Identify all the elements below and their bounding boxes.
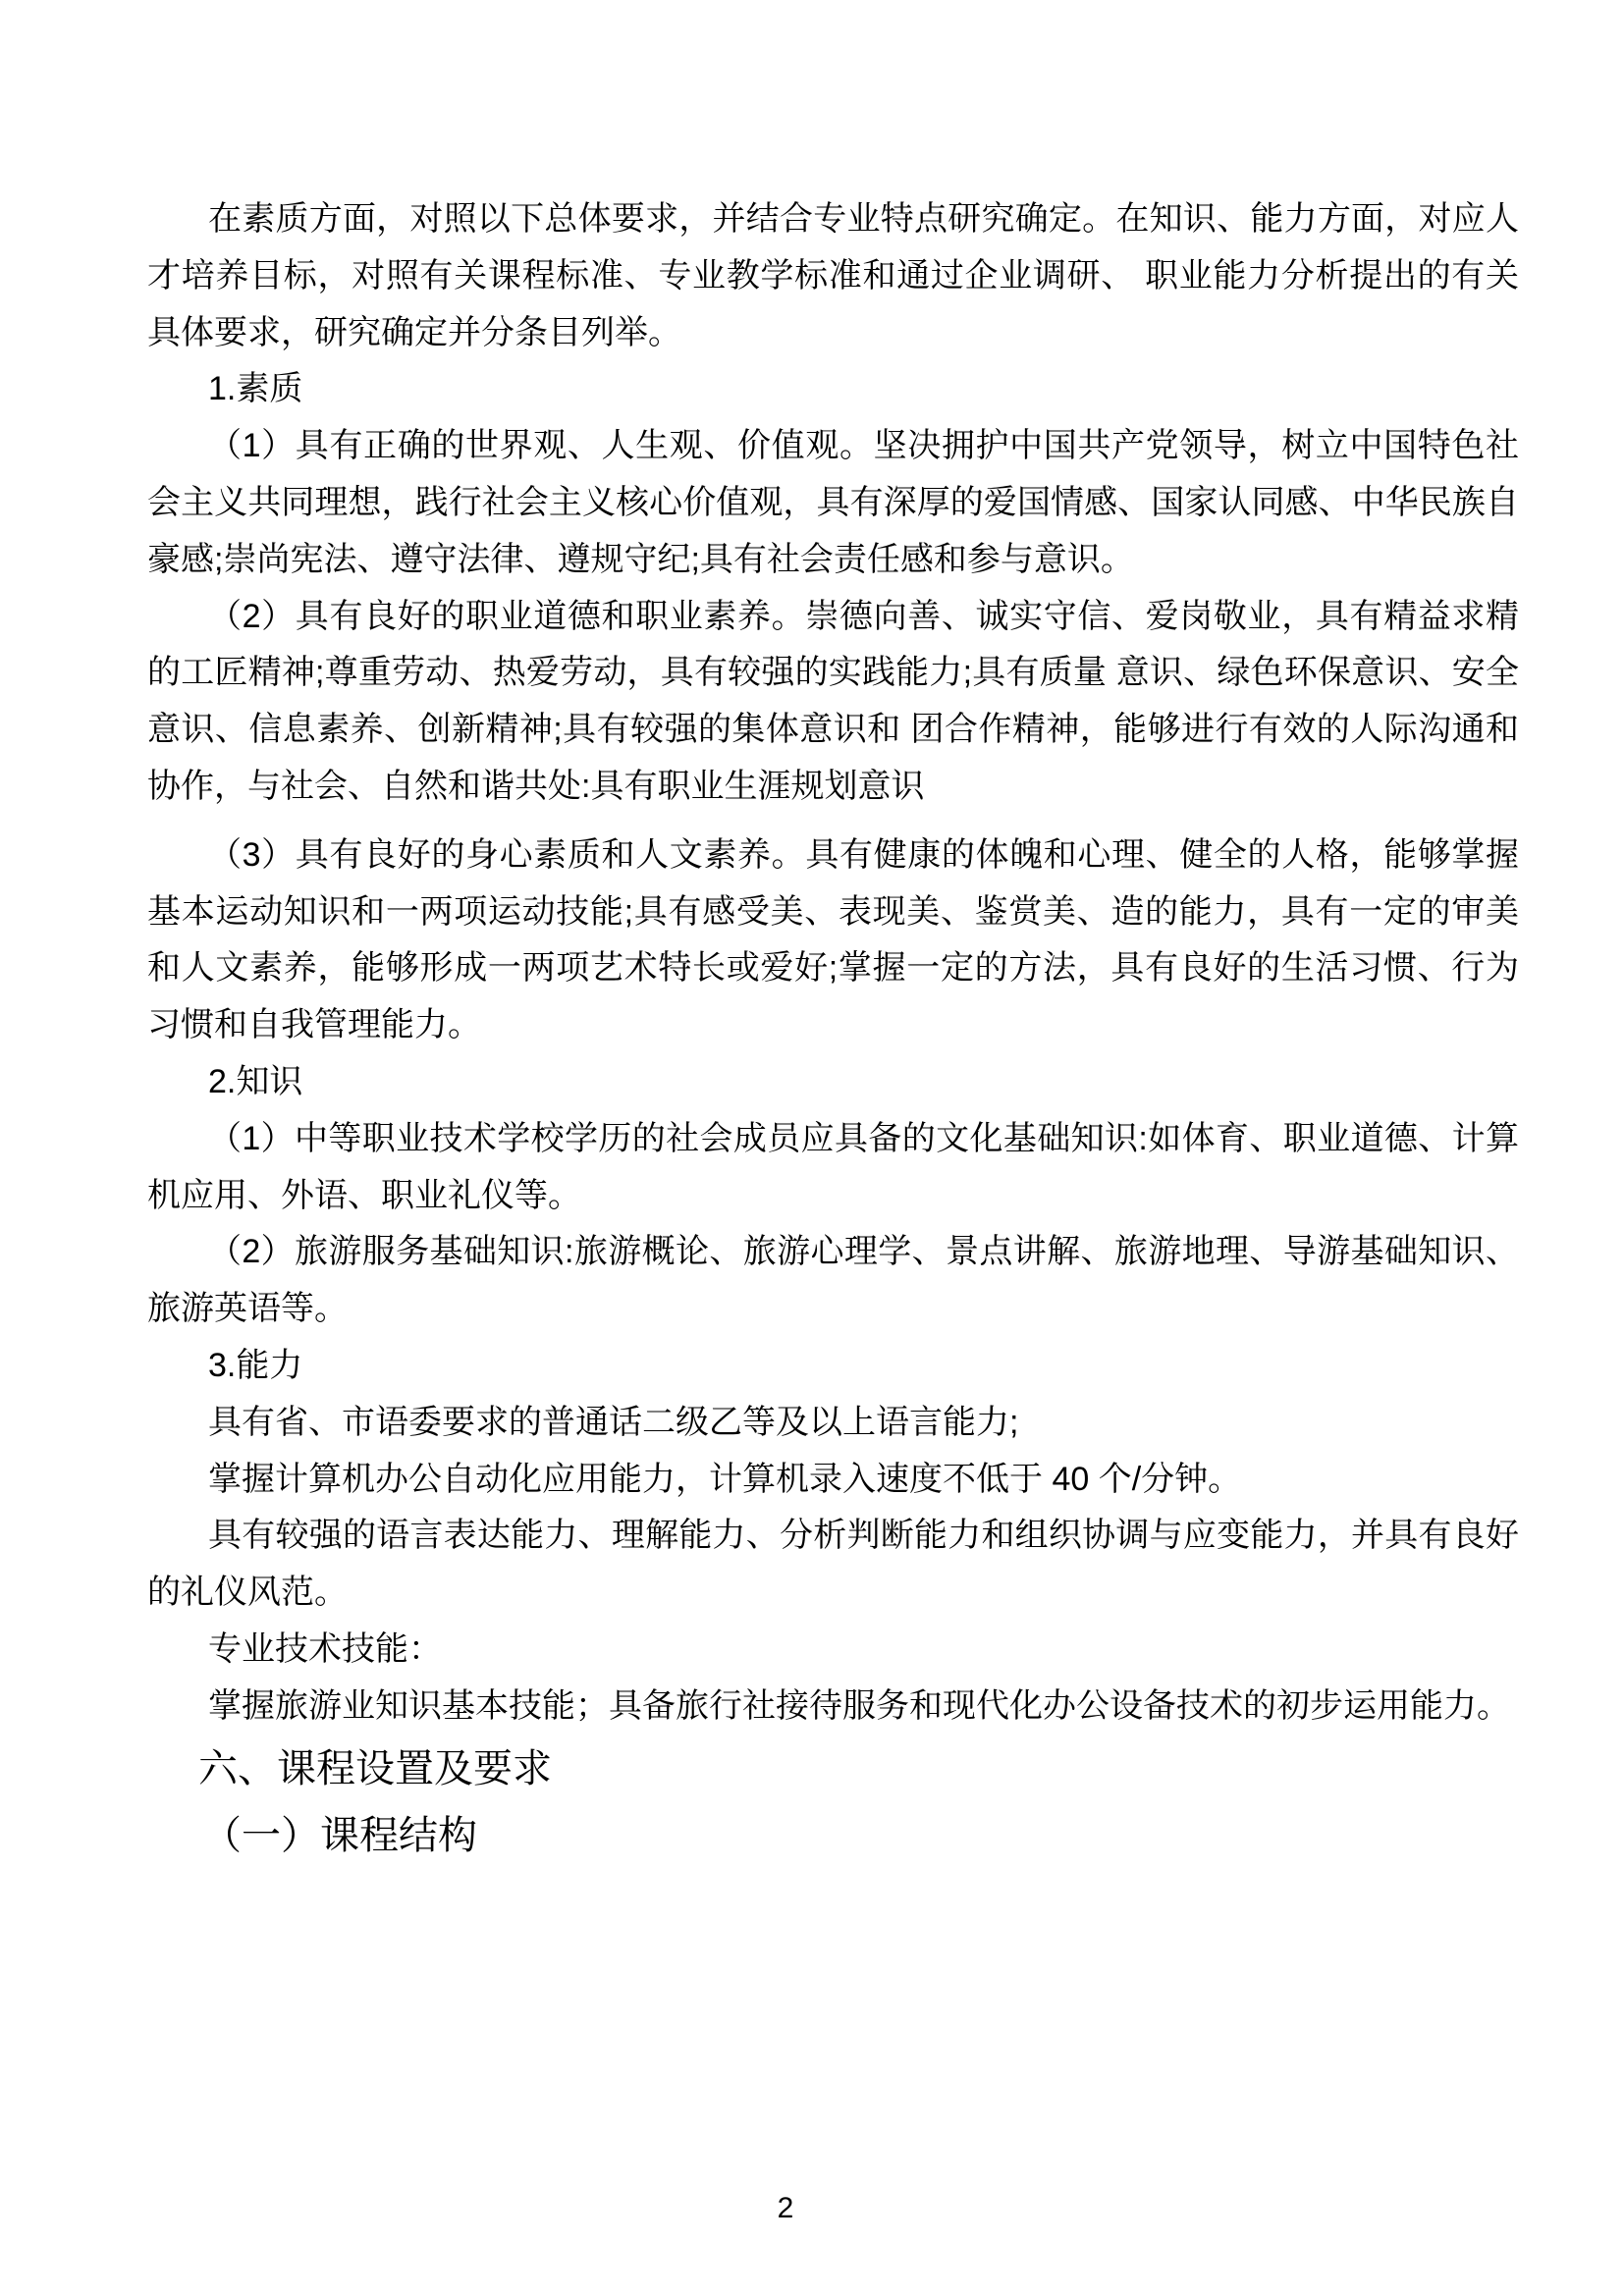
paragraph-zhuanye-jineng: 掌握旅游业知识基本技能；具备旅行社接待服务和现代化办公设备技术的初步运用能力。 <box>147 1679 1519 1735</box>
paragraph-intro: 在素质方面，对照以下总体要求，并结合专业特点研究确定。在知识、能力方面，对应人才… <box>147 191 1519 361</box>
list-item-1-suzhi: 1.素质 <box>147 361 1519 418</box>
subsection-heading-kecheng-jiegou: （一）课程结构 <box>147 1802 1519 1869</box>
list-item-3-nengli: 3.能力 <box>147 1338 1519 1395</box>
document-page: 在素质方面，对照以下总体要求，并结合专业特点研究确定。在知识、能力方面，对应人才… <box>0 0 1624 2296</box>
page-number: 2 <box>0 2191 1571 2226</box>
paragraph-nengli-putonghua: 具有省、市语委要求的普通话二级乙等及以上语言能力; <box>147 1395 1519 1452</box>
paragraph-suzhi-2: （2）具有良好的职业道德和职业素养。崇德向善、诚实守信、爱岗敬业，具有精益求精的… <box>147 589 1519 816</box>
paragraph-zhishi-1: （1）中等职业技术学校学历的社会成员应具备的文化基础知识:如体育、职业道德、计算… <box>147 1111 1519 1225</box>
paragraph-nengli-jisuanji: 掌握计算机办公自动化应用能力，计算机录入速度不低于 40 个/分钟。 <box>147 1452 1519 1509</box>
list-item-2-zhishi: 2.知识 <box>147 1054 1519 1111</box>
paragraph-zhishi-2: （2）旅游服务基础知识:旅游概论、旅游心理学、景点讲解、旅游地理、导游基础知识、… <box>147 1224 1519 1338</box>
paragraph-nengli-yuyan: 具有较强的语言表达能力、理解能力、分析判断能力和组织协调与应变能力，并具有良好的… <box>147 1508 1519 1622</box>
paragraph-suzhi-3: （3）具有良好的身心素质和人文素养。具有健康的体魄和心理、健全的人格，能够掌握基… <box>147 828 1519 1054</box>
paragraph-zhuanye-jineng-label: 专业技术技能： <box>147 1622 1519 1679</box>
paragraph-suzhi-1: （1）具有正确的世界观、人生观、价值观。坚决拥护中国共产党领导，树立中国特色社会… <box>147 418 1519 588</box>
section-heading-kecheng-shezhi: 六、课程设置及要求 <box>147 1735 1519 1802</box>
